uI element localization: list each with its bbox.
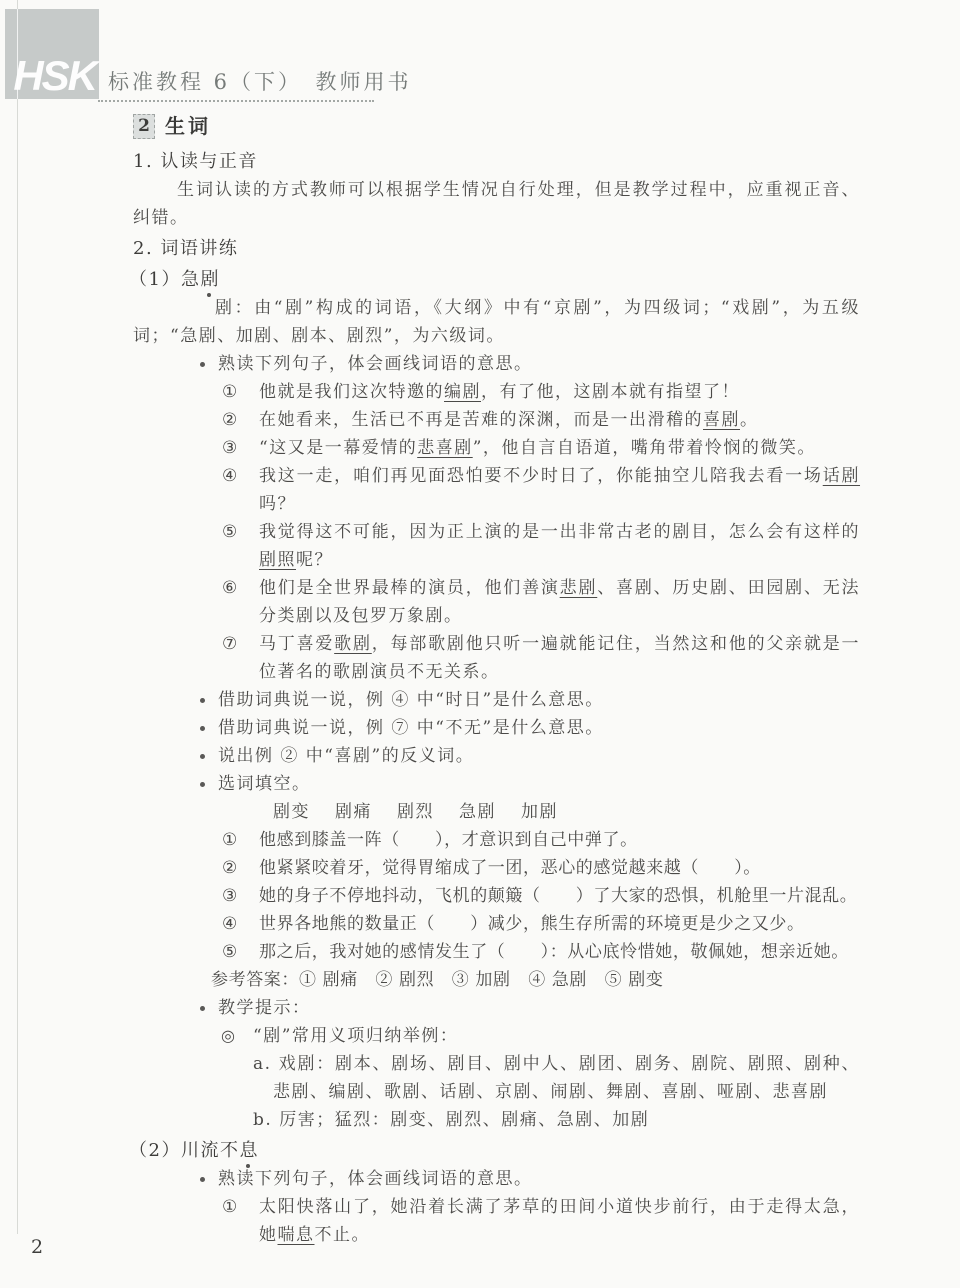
- item-number: ④: [222, 910, 237, 938]
- numbered-item: ②在她看来，生活已不再是苦难的深渊，而是一出滑稽的喜剧。: [133, 406, 860, 434]
- item-text: 他就是我们这次特邀的编剧，有了他，这剧本就有指望了！: [259, 382, 740, 402]
- task-read-sentences-2: 熟读下列句子，体会画线词语的意思。: [133, 1165, 860, 1193]
- ring-icon: ◎: [221, 1022, 236, 1050]
- task-text: 熟读下列句子，体会画线词语的意思。: [218, 354, 533, 374]
- word-bank-item: 剧烈: [397, 798, 434, 826]
- item-number: ②: [222, 406, 237, 434]
- item-number: ③: [222, 434, 237, 462]
- heading-ciyujianglian: 2. 词语讲练: [133, 235, 860, 263]
- example-sentence-list: ①他就是我们这次特邀的编剧，有了他，这剧本就有指望了！②在她看来，生活已不再是苦…: [133, 378, 860, 686]
- numbered-item: ④世界各地熊的数量正（ ）减少，熊生存所需的环境更是少之又少。: [133, 910, 860, 938]
- page-margin-line: [17, 0, 18, 1234]
- task-text: 借助词典说一说，例 ④ 中“时日”是什么意思。: [218, 690, 604, 710]
- task-dictionary-1: 借助词典说一说，例 ④ 中“时日”是什么意思。: [133, 686, 860, 714]
- task-antonym: 说出例 ② 中“喜剧”的反义词。: [133, 742, 860, 770]
- page-content: 2 生词 1. 认读与正音 生词认读的方式教师可以根据学生情况自行处理，但是教学…: [133, 112, 860, 1249]
- paragraph-renduyuzhengyin: 生词认读的方式教师可以根据学生情况自行处理，但是教学过程中，应重视正音、纠错。: [133, 176, 860, 232]
- item-text: 他们是全世界最棒的演员，他们善演悲剧、喜剧、历史剧、田园剧、无法分类剧以及包罗万…: [259, 578, 860, 626]
- item-number: ⑤: [222, 518, 237, 546]
- heading-word2: （2）川流不息: [129, 1137, 860, 1165]
- bullet-icon: [200, 1177, 205, 1182]
- item-text: 马丁喜爱歌剧，每部歌剧他只听一遍就能记住，当然这和他的父亲就是一位著名的歌剧演员…: [259, 634, 860, 682]
- item-text: 我觉得这不可能，因为正上演的是一出非常古老的剧目，怎么会有这样的剧照呢？: [259, 522, 860, 570]
- tip-meaning-a: a. 戏剧：剧本、剧场、剧目、剧中人、剧团、剧务、剧院、剧照、剧种、悲剧、编剧、…: [133, 1050, 860, 1106]
- numbered-item: ③她的身子不停地抖动，飞机的颠簸（ ）了大家的恐惧，机舱里一片混乱。: [133, 882, 860, 910]
- bullet-icon: [200, 754, 205, 759]
- numbered-item: ④我这一走，咱们再见面恐怕要不少时日了，你能抽空儿陪我去看一场话剧吗？: [133, 462, 860, 518]
- word-bank-item: 急剧: [459, 798, 496, 826]
- task-read-sentences-1: 熟读下列句子，体会画线词语的意思。: [133, 350, 860, 378]
- item-number: ⑥: [222, 574, 237, 602]
- item-number: ④: [222, 462, 237, 490]
- hsk-logo: HSK: [13, 55, 96, 97]
- task-text: 熟读下列句子，体会画线词语的意思。: [218, 1169, 533, 1189]
- page-number: 2: [31, 1236, 43, 1258]
- task-dictionary-2: 借助词典说一说，例 ⑦ 中“不无”是什么意思。: [133, 714, 860, 742]
- item-number: ①: [222, 826, 237, 854]
- bullet-icon: [200, 362, 205, 367]
- task-text: 教学提示：: [218, 998, 311, 1018]
- task-fill-blanks: 选词填空。: [133, 770, 860, 798]
- section-heading: 2 生词: [133, 112, 860, 140]
- item-text: 世界各地熊的数量正（ ）减少，熊生存所需的环境更是少之又少。: [259, 914, 805, 934]
- item-text: “这又是一幕爱情的悲喜剧”，他自言自语道，嘴角带着怜悯的微笑。: [259, 438, 816, 458]
- bullet-icon: [200, 698, 205, 703]
- header-divider: [98, 100, 374, 102]
- tip-heading-line: ◎ “剧”常用义项归纳举例：: [133, 1022, 860, 1050]
- fill-blank-list: ①他感到膝盖一阵（ ），才意识到自己中弹了。②他紧紧咬着牙，觉得胃缩成了一团，恶…: [133, 826, 860, 966]
- task-text: 借助词典说一说，例 ⑦ 中“不无”是什么意思。: [218, 718, 604, 738]
- word-bank-item: 加剧: [521, 798, 558, 826]
- hsk-logo-box: HSK: [5, 9, 99, 99]
- tip-heading: “剧”常用义项归纳举例：: [253, 1026, 458, 1046]
- word-bank-item: 剧变: [273, 798, 310, 826]
- numbered-item: ⑤我觉得这不可能，因为正上演的是一出非常古老的剧目，怎么会有这样的剧照呢？: [133, 518, 860, 574]
- item-number: ⑦: [222, 630, 237, 658]
- numbered-item: ⑦马丁喜爱歌剧，每部歌剧他只听一遍就能记住，当然这和他的父亲就是一位著名的歌剧演…: [133, 630, 860, 686]
- word1-intro: 剧：由“剧”构成的词语，《大纲》中有“京剧”，为四级词；“戏剧”，为五级词；“急…: [133, 294, 860, 350]
- bullet-icon: [200, 726, 205, 731]
- item-text: 在她看来，生活已不再是苦难的深渊，而是一出滑稽的喜剧。: [259, 410, 759, 430]
- word-bank: 剧变剧痛剧烈急剧加剧: [133, 798, 860, 826]
- item-text: 我这一走，咱们再见面恐怕要不少时日了，你能抽空儿陪我去看一场话剧吗？: [259, 466, 860, 514]
- numbered-item: ①他就是我们这次特邀的编剧，有了他，这剧本就有指望了！: [133, 378, 860, 406]
- bullet-icon: [200, 782, 205, 787]
- numbered-item: ①太阳快落山了，她沿着长满了茅草的田间小道快步前行，由于走得太急，她喘息不止。: [133, 1193, 860, 1249]
- item-text: 太阳快落山了，她沿着长满了茅草的田间小道快步前行，由于走得太急，她喘息不止。: [259, 1197, 860, 1245]
- numbered-item: ⑤那之后，我对她的感情发生了（ ）：从心底怜惜她，敬佩她，想亲近她。: [133, 938, 860, 966]
- section-number-badge: 2: [133, 114, 155, 139]
- heading-word1: （1）急剧: [129, 266, 860, 294]
- item-text: 她的身子不停地抖动，飞机的颠簸（ ）了大家的恐惧，机舱里一片混乱。: [259, 886, 857, 906]
- item-number: ①: [222, 378, 237, 406]
- numbered-item: ③“这又是一幕爱情的悲喜剧”，他自言自语道，嘴角带着怜悯的微笑。: [133, 434, 860, 462]
- word-bank-item: 剧痛: [335, 798, 372, 826]
- item-number: ⑤: [222, 938, 237, 966]
- task-text: 说出例 ② 中“喜剧”的反义词。: [218, 746, 474, 766]
- item-text: 那之后，我对她的感情发生了（ ）：从心底怜惜她，敬佩她，想亲近她。: [259, 942, 849, 962]
- bullet-icon: [200, 1006, 205, 1011]
- item-number: ②: [222, 854, 237, 882]
- item-number: ①: [222, 1193, 237, 1221]
- item-number: ③: [222, 882, 237, 910]
- example-sentence-list-2: ①太阳快落山了，她沿着长满了茅草的田间小道快步前行，由于走得太急，她喘息不止。: [133, 1193, 860, 1249]
- tip-meaning-b: b. 厉害；猛烈：剧变、剧烈、剧痛、急剧、加剧: [133, 1106, 860, 1134]
- section-title: 生词: [165, 112, 211, 140]
- answer-key: 参考答案：① 剧痛 ② 剧烈 ③ 加剧 ④ 急剧 ⑤ 剧变: [133, 966, 860, 994]
- task-text: 选词填空。: [218, 774, 311, 794]
- numbered-item: ①他感到膝盖一阵（ ），才意识到自己中弹了。: [133, 826, 860, 854]
- heading-renduyuzhengyin: 1. 认读与正音: [133, 148, 860, 176]
- numbered-item: ②他紧紧咬着牙，觉得胃缩成了一团，恶心的感觉越来越（ ）。: [133, 854, 860, 882]
- task-teaching-tip: 教学提示：: [133, 994, 860, 1022]
- item-text: 他感到膝盖一阵（ ），才意识到自己中弹了。: [259, 830, 638, 850]
- item-text: 他紧紧咬着牙，觉得胃缩成了一团，恶心的感觉越来越（ ）。: [259, 858, 761, 878]
- book-title: 标准教程 6（下） 教师用书: [108, 66, 412, 96]
- numbered-item: ⑥他们是全世界最棒的演员，他们善演悲剧、喜剧、历史剧、田园剧、无法分类剧以及包罗…: [133, 574, 860, 630]
